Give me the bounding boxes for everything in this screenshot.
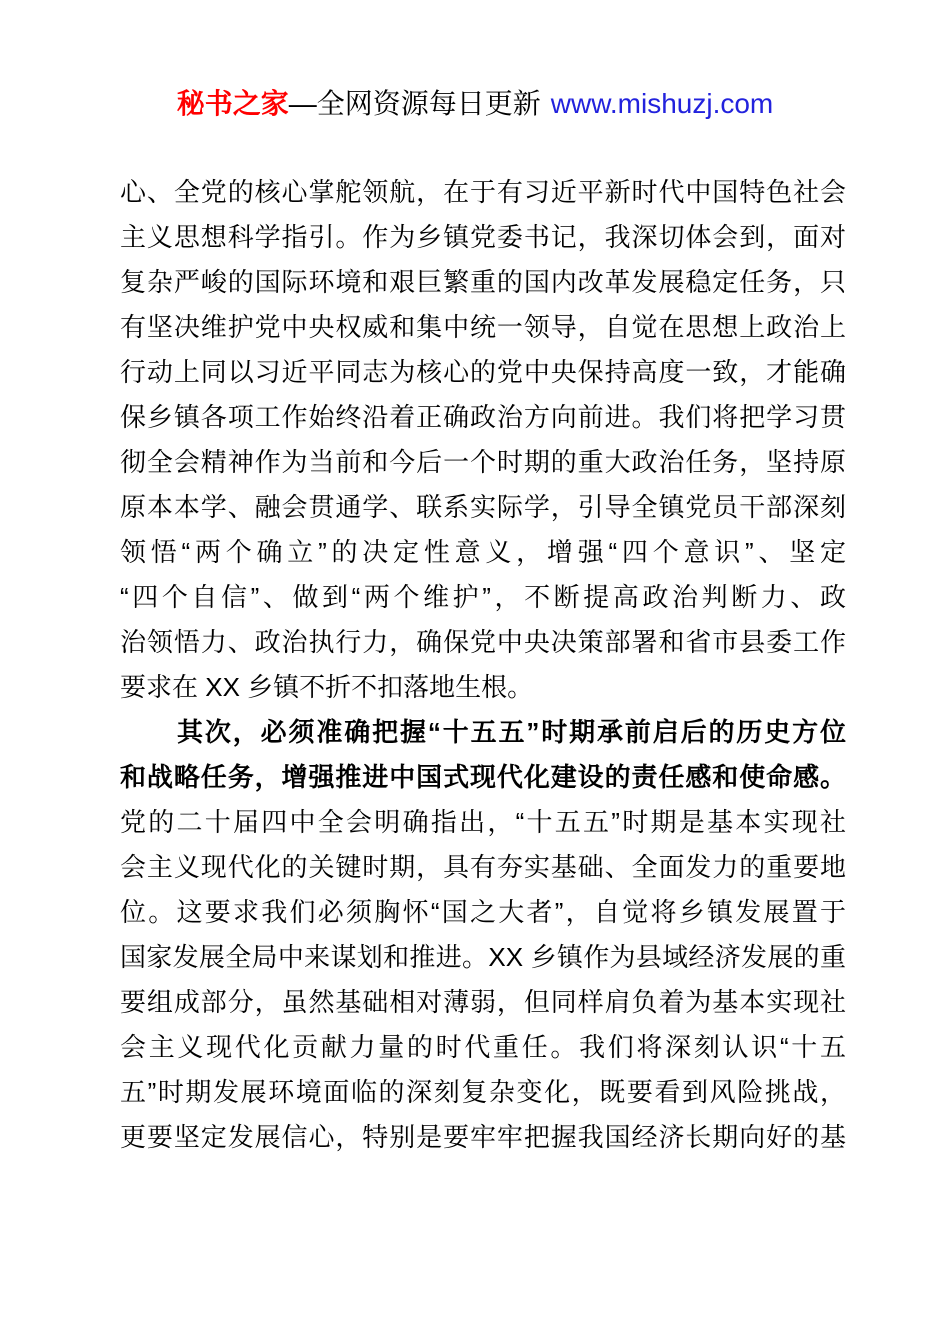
text-line: 五”时期发展环境面临的深刻复杂变化，既要看到风险挑战， <box>120 1070 846 1115</box>
text-line-bold: 和战略任务，增强推进中国式现代化建设的责任感和使命感。 <box>120 755 846 800</box>
page: 秘书之家—全网资源每日更新www.mishuzj.com 心、全党的核心掌舵领航… <box>0 0 950 1344</box>
text-line: 更要坚定发展信心，特别是要牢牢把握我国经济长期向好的基 <box>120 1115 846 1160</box>
text-line: 复杂严峻的国际环境和艰巨繁重的国内改革发展稳定任务，只 <box>120 260 846 305</box>
text-line: 要求在 XX 乡镇不折不扣落地生根。 <box>120 665 846 710</box>
text-line: 心、全党的核心掌舵领航，在于有习近平新时代中国特色社会 <box>120 170 846 215</box>
text-line: 会主义现代化的关键时期，具有夯实基础、全面发力的重要地 <box>120 845 846 890</box>
text-line: 国家发展全局中来谋划和推进。XX 乡镇作为县域经济发展的重 <box>120 935 846 980</box>
site-header: 秘书之家—全网资源每日更新www.mishuzj.com <box>0 82 950 126</box>
text-line: 要组成部分，虽然基础相对薄弱，但同样肩负着为基本实现社 <box>120 980 846 1025</box>
text-line: “四个自信”、做到“两个维护”，不断提高政治判断力、政 <box>120 575 846 620</box>
text-line: 彻全会精神作为当前和今后一个时期的重大政治任务，坚持原 <box>120 440 846 485</box>
text-line: 有坚决维护党中央权威和集中统一领导，自觉在思想上政治上 <box>120 305 846 350</box>
text-line: 党的二十届四中全会明确指出，“十五五”时期是基本实现社 <box>120 800 846 845</box>
text-line: 领悟“两个确立”的决定性意义，增强“四个意识”、坚定 <box>120 530 846 575</box>
header-separator: — <box>289 88 317 119</box>
header-tagline: 全网资源每日更新 <box>317 88 541 119</box>
text-line: 行动上同以习近平同志为核心的党中央保持高度一致，才能确 <box>120 350 846 395</box>
text-line: 会主义现代化贡献力量的时代重任。我们将深刻认识“十五 <box>120 1025 846 1070</box>
site-url-link[interactable]: www.mishuzj.com <box>551 88 773 119</box>
paragraph-2: 其次，必须准确把握“十五五”时期承前启后的历史方位 和战略任务，增强推进中国式现… <box>120 710 846 1160</box>
paragraph-1: 心、全党的核心掌舵领航，在于有习近平新时代中国特色社会 主义思想科学指引。作为乡… <box>120 170 846 710</box>
text-line: 保乡镇各项工作始终沿着正确政治方向前进。我们将把学习贯 <box>120 395 846 440</box>
document-body: 心、全党的核心掌舵领航，在于有习近平新时代中国特色社会 主义思想科学指引。作为乡… <box>120 170 846 1160</box>
text-line: 原本本学、融会贯通学、联系实际学，引导全镇党员干部深刻 <box>120 485 846 530</box>
text-line: 位。这要求我们必须胸怀“国之大者”，自觉将乡镇发展置于 <box>120 890 846 935</box>
site-brand: 秘书之家 <box>177 88 289 119</box>
text-line: 治领悟力、政治执行力，确保党中央决策部署和省市县委工作 <box>120 620 846 665</box>
text-line-bold: 其次，必须准确把握“十五五”时期承前启后的历史方位 <box>120 710 846 755</box>
text-line: 主义思想科学指引。作为乡镇党委书记，我深切体会到，面对 <box>120 215 846 260</box>
